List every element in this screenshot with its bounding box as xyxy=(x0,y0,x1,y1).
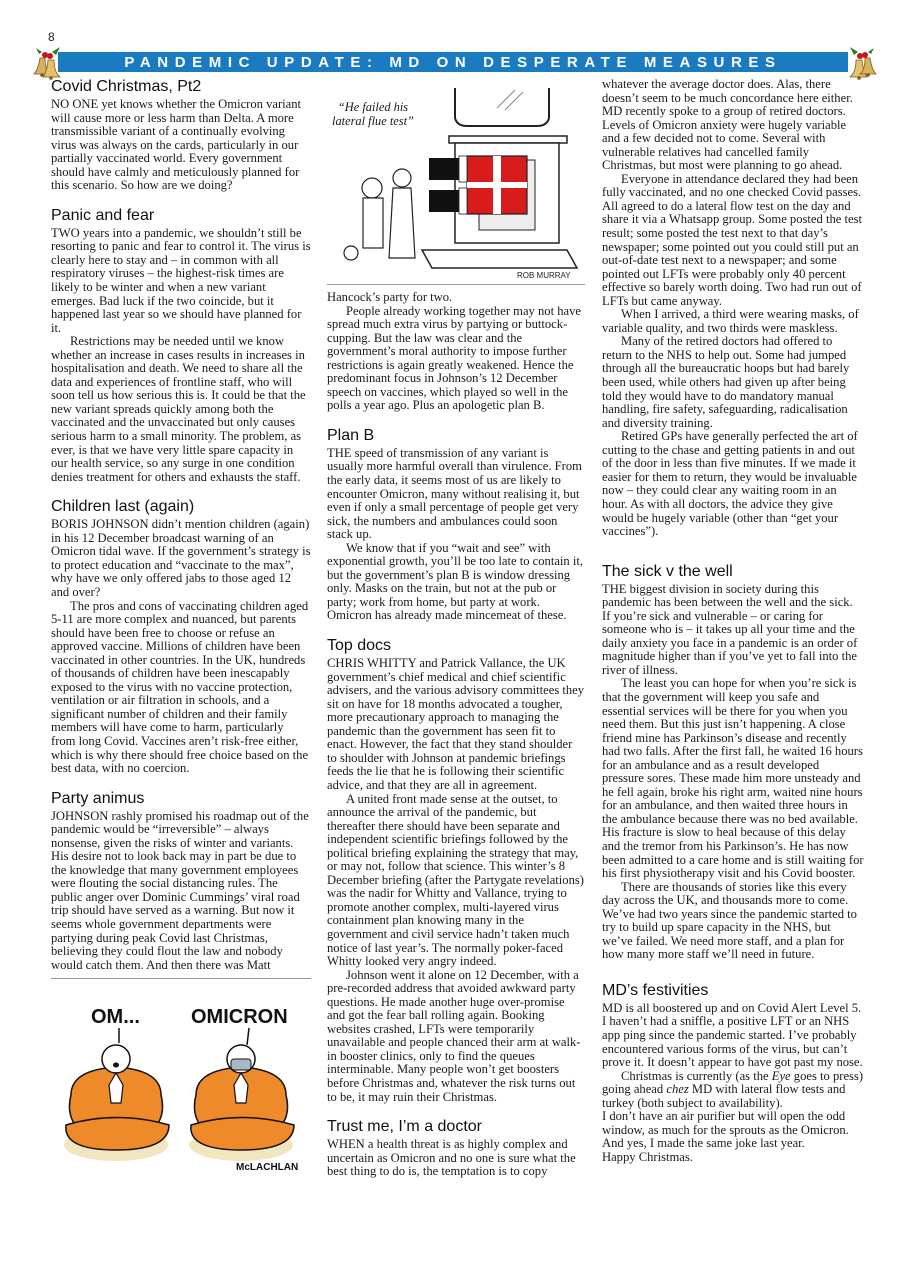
divider xyxy=(327,284,585,285)
flue-test-cartoon: “He failed hislateral flue test” xyxy=(327,78,585,284)
paragraph: THE speed of transmission of any variant… xyxy=(327,447,585,542)
paragraph: BORIS JOHNSON didn’t mention children (a… xyxy=(51,518,311,599)
article-festivities: MD’s festivities MD is all boostered up … xyxy=(602,982,864,1165)
paragraph: Happy Christmas. xyxy=(602,1151,864,1165)
paragraph: MD is all boostered up and on Covid Aler… xyxy=(602,1002,864,1070)
paragraph: A united front made sense at the outset,… xyxy=(327,793,585,969)
christmas-bells-icon xyxy=(838,44,878,80)
article-panic-and-fear: Panic and fear TWO years into a pandemic… xyxy=(51,207,311,484)
paragraph: The pros and cons of vaccinating childre… xyxy=(51,600,311,776)
article-party-animus-continued: Hancock’s party for two. People already … xyxy=(327,291,585,413)
column-3: whatever the average doctor does. Alas, … xyxy=(602,78,864,1164)
paragraph: Retired GPs have generally perfected the… xyxy=(602,430,864,538)
column-2: “He failed hislateral flue test” xyxy=(327,78,585,1179)
section-banner: PANDEMIC UPDATE: MD ON DESPERATE MEASURE… xyxy=(58,52,848,72)
paragraph: CHRIS WHITTY and Patrick Vallance, the U… xyxy=(327,657,585,792)
article-top-docs: Top docs CHRIS WHITTY and Patrick Vallan… xyxy=(327,637,585,1104)
cartoonist-signature: ROB MURRAY xyxy=(517,271,571,280)
paragraph: NO ONE yet knows whether the Omicron var… xyxy=(51,98,311,193)
paragraph: Hancock’s party for two. xyxy=(327,291,585,305)
article-sick-v-well: The sick v the well THE biggest division… xyxy=(602,563,864,962)
article-covid-christmas: Covid Christmas, Pt2 NO ONE yet knows wh… xyxy=(51,78,311,193)
article-children-last: Children last (again) BORIS JOHNSON didn… xyxy=(51,498,311,775)
paragraph: The least you can hope for when you’re s… xyxy=(602,677,864,880)
banner-title: PANDEMIC UPDATE: MD ON DESPERATE MEASURE… xyxy=(124,54,781,71)
article-heading: MD’s festivities xyxy=(602,982,864,1000)
article-trust-me: Trust me, I’m a doctor WHEN a health thr… xyxy=(327,1118,585,1179)
article-heading: The sick v the well xyxy=(602,563,864,581)
article-plan-b: Plan B THE speed of transmission of any … xyxy=(327,427,585,623)
paragraph: Everyone in attendance declared they had… xyxy=(602,173,864,308)
cartoonist-signature: McLACHLAN xyxy=(236,1162,298,1173)
cartoon-caption: “He failed hislateral flue test” xyxy=(323,100,423,128)
paragraph: There are thousands of stories like this… xyxy=(602,881,864,962)
paragraph: We know that if you “wait and see” with … xyxy=(327,542,585,623)
article-heading: Children last (again) xyxy=(51,498,311,516)
paragraph: whatever the average doctor does. Alas, … xyxy=(602,78,864,173)
article-heading: Party animus xyxy=(51,790,311,808)
paragraph: WHEN a health threat is as highly comple… xyxy=(327,1138,585,1179)
paragraph: JOHNSON rashly promised his roadmap out … xyxy=(51,810,311,973)
article-party-animus: Party animus JOHNSON rashly promised his… xyxy=(51,790,311,973)
column-1: Covid Christmas, Pt2 NO ONE yet knows wh… xyxy=(51,78,311,1179)
omicron-meditation-cartoon: OM... OMICRON McLACHLAN xyxy=(51,985,311,1175)
paragraph: TWO years into a pandemic, we shouldn’t … xyxy=(51,227,311,335)
speech-bubble-om: OM... xyxy=(91,1006,140,1028)
article-heading: Plan B xyxy=(327,427,585,445)
paragraph: Christmas is currently (as the Eye goes … xyxy=(602,1070,864,1111)
article-heading: Trust me, I’m a doctor xyxy=(327,1118,585,1136)
paragraph: I don’t have an air purifier but will op… xyxy=(602,1110,864,1151)
article-heading: Panic and fear xyxy=(51,207,311,225)
paragraph: When I arrived, a third were wearing mas… xyxy=(602,308,864,335)
paragraph: Restrictions may be needed until we know… xyxy=(51,335,311,484)
article-heading: Top docs xyxy=(327,637,585,655)
paragraph: Johnson went it alone on 12 December, wi… xyxy=(327,969,585,1104)
article-trust-me-continued: whatever the average doctor does. Alas, … xyxy=(602,78,864,539)
paragraph: THE biggest division in society during t… xyxy=(602,583,864,678)
article-heading: Covid Christmas, Pt2 xyxy=(51,78,311,96)
divider xyxy=(51,978,311,979)
speech-bubble-omicron: OMICRON xyxy=(191,1006,288,1028)
page-number: 8 xyxy=(48,30,55,44)
paragraph: People already working together may not … xyxy=(327,305,585,413)
paragraph: Many of the retired doctors had offered … xyxy=(602,335,864,430)
